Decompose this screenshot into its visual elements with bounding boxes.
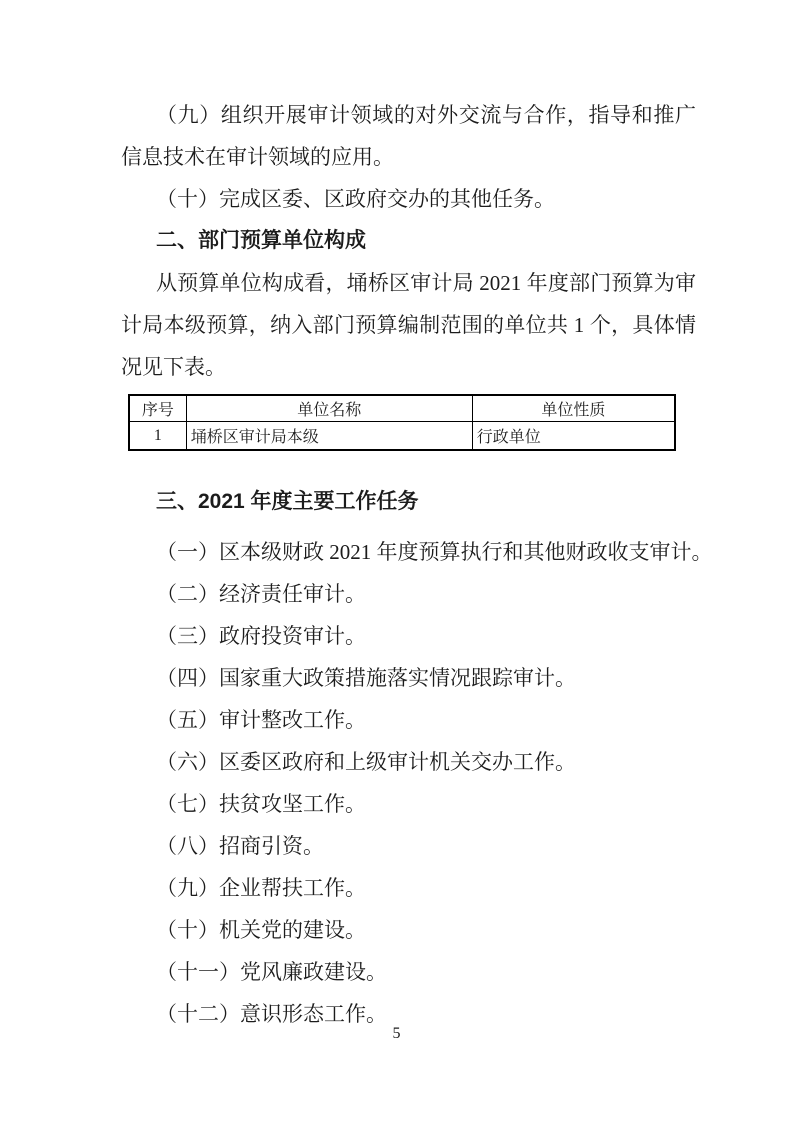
task-item-3: （三）政府投资审计。: [121, 615, 696, 657]
section-heading-2: 二、部门预算单位构成: [121, 220, 696, 262]
task-item-1: （一）区本级财政 2021 年度预算执行和其他财政收支审计。: [121, 531, 696, 573]
section-heading-3: 三、2021 年度主要工作任务: [121, 481, 696, 523]
task-item-6: （六）区委区政府和上级审计机关交办工作。: [121, 741, 696, 783]
document-page: （九）组织开展审计领域的对外交流与合作，指导和推广信息技术在审计领域的应用。 （…: [0, 0, 793, 1122]
paragraph-item-9: （九）组织开展审计领域的对外交流与合作，指导和推广信息技术在审计领域的应用。: [121, 94, 696, 178]
table-header-unit-type: 单位性质: [472, 395, 675, 422]
task-item-9: （九）企业帮扶工作。: [121, 867, 696, 909]
table-cell-index: 1: [129, 422, 186, 451]
table-cell-unit-name: 埇桥区审计局本级: [186, 422, 472, 451]
task-item-8: （八）招商引资。: [121, 825, 696, 867]
task-item-7: （七）扶贫攻坚工作。: [121, 783, 696, 825]
task-item-4: （四）国家重大政策措施落实情况跟踪审计。: [121, 657, 696, 699]
page-number: 5: [0, 1024, 793, 1044]
table-header-index: 序号: [129, 395, 186, 422]
section2-paragraph: 从预算单位构成看，埇桥区审计局 2021 年度部门预算为审计局本级预算，纳入部门…: [121, 262, 696, 388]
table-row: 1 埇桥区审计局本级 行政单位: [129, 422, 675, 451]
table-header-unit-name: 单位名称: [186, 395, 472, 422]
document-content: （九）组织开展审计领域的对外交流与合作，指导和推广信息技术在审计领域的应用。 （…: [121, 94, 696, 1035]
table-cell-unit-type: 行政单位: [472, 422, 675, 451]
task-item-2: （二）经济责任审计。: [121, 573, 696, 615]
task-item-10: （十）机关党的建设。: [121, 909, 696, 951]
task-item-5: （五）审计整改工作。: [121, 699, 696, 741]
table-header-row: 序号 单位名称 单位性质: [129, 395, 675, 422]
budget-units-table: 序号 单位名称 单位性质 1 埇桥区审计局本级 行政单位: [128, 394, 676, 451]
task-item-11: （十一）党风廉政建设。: [121, 951, 696, 993]
paragraph-item-10: （十）完成区委、区政府交办的其他任务。: [121, 178, 696, 220]
